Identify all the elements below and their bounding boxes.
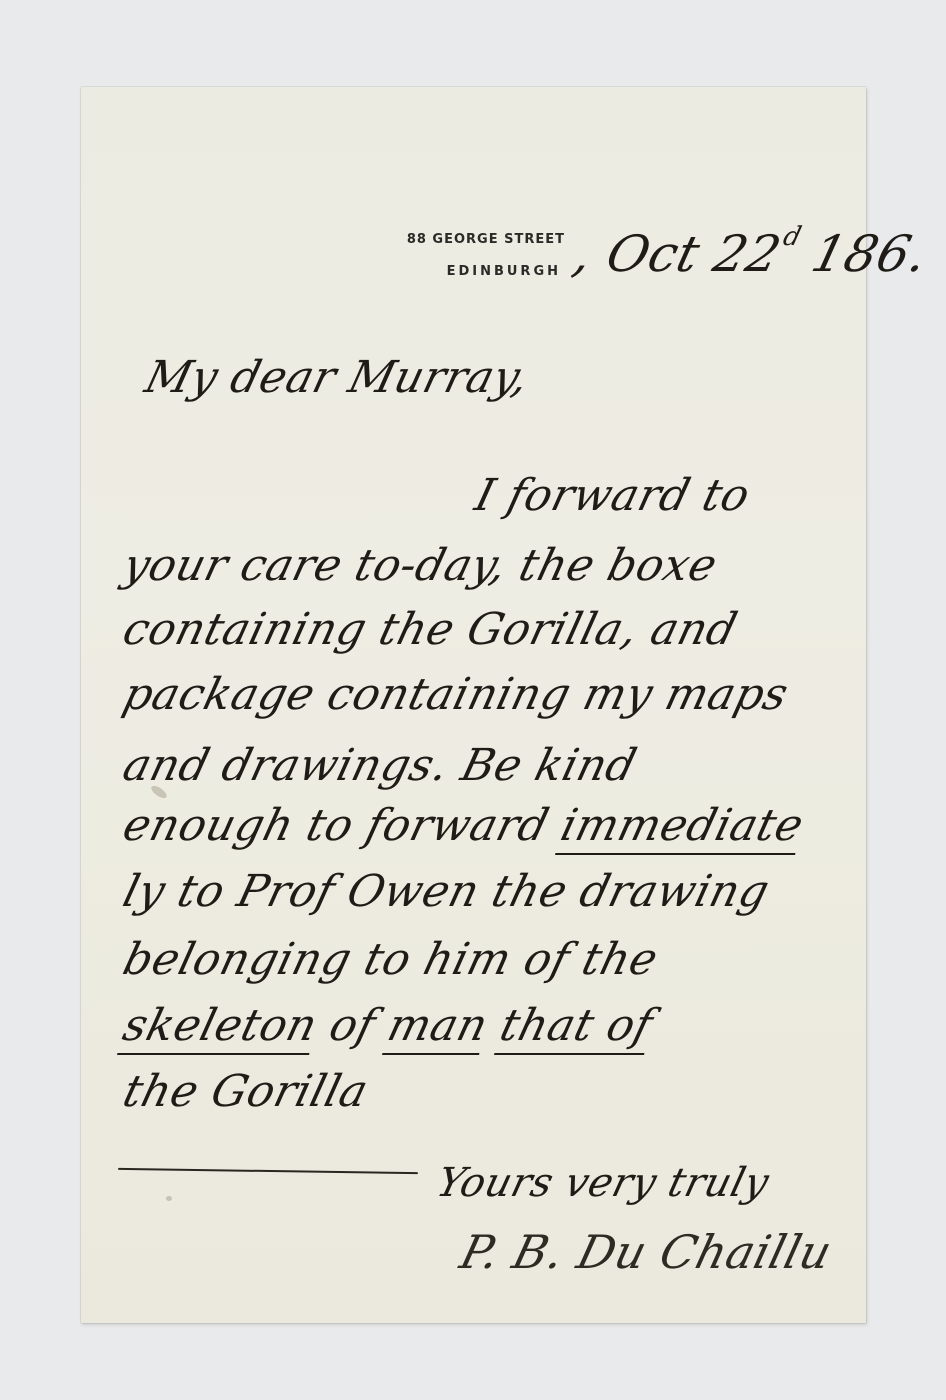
letterhead-city: EDINBURGH (385, 256, 565, 288)
body-line-2: your care to-day, the boxe (118, 540, 722, 591)
letterhead-street: 88 GEORGE STREET (385, 224, 565, 256)
date-year: 186. (806, 225, 934, 283)
word-of: of (324, 1000, 380, 1051)
underlined-man: man (382, 1000, 494, 1055)
body-line-6-text: enough to forward (118, 800, 554, 851)
body-line-3: containing the Gorilla, and (118, 604, 742, 655)
body-line-4: package containing my maps (118, 669, 793, 720)
body-line-8: belonging to him of the (118, 934, 663, 985)
body-line-7: ly to Prof Owen the drawing (118, 866, 775, 917)
closing: Yours very truly (432, 1160, 774, 1206)
underlined-immediate: immediate (555, 800, 809, 855)
underlined-skeleton: skeleton (117, 1000, 323, 1055)
letter-date: , Oct 22d 186. (568, 222, 935, 283)
body-line-10: the Gorilla (118, 1066, 373, 1117)
underlined-that-of: that of (494, 1000, 658, 1055)
body-line-1: I forward to (470, 470, 755, 521)
signature: P. B. Du Chaillu (455, 1225, 838, 1279)
body-line-9: skeleton of man that of (118, 1000, 658, 1051)
body-line-5: and drawings. Be kind (118, 740, 642, 791)
ink-spot (166, 1196, 172, 1201)
body-line-6: enough to forward immediate (118, 800, 809, 851)
date-month-day: Oct 22 (601, 225, 787, 283)
salutation: My dear Murray, (140, 352, 534, 403)
letterhead-address: 88 GEORGE STREET EDINBURGH (385, 224, 565, 288)
